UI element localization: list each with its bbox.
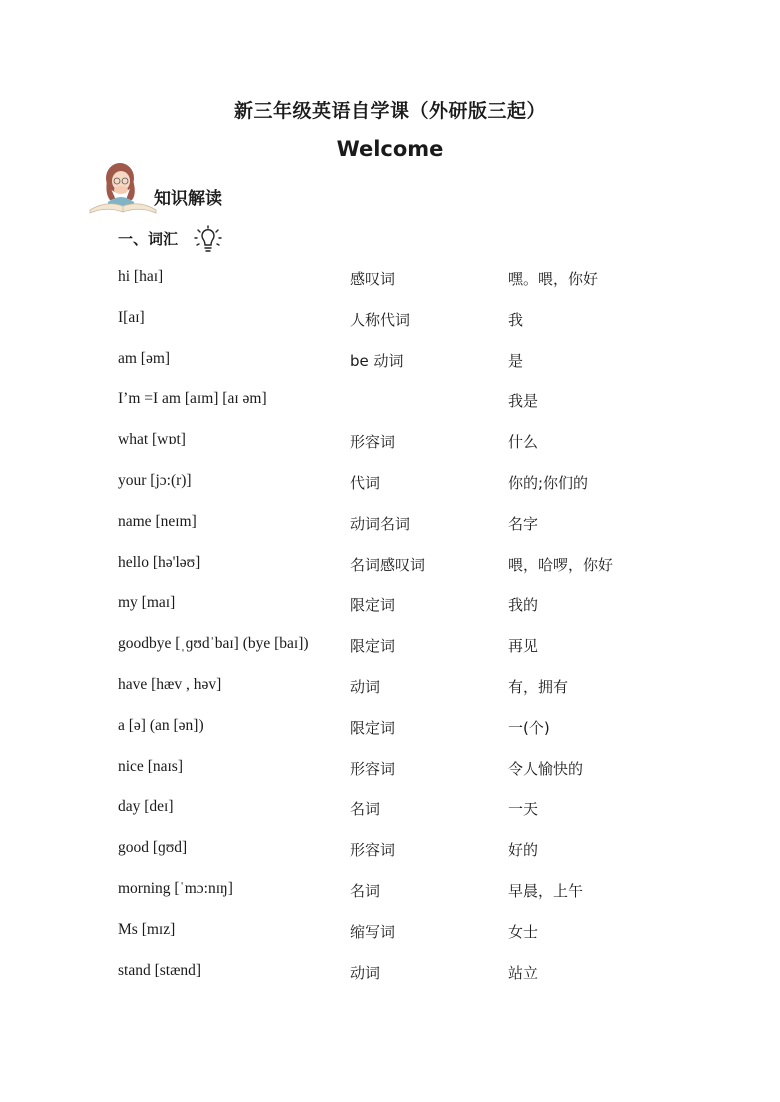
part-of-speech: 名词: [350, 798, 380, 819]
document-title: 新三年级英语自学课（外研版三起）: [0, 96, 780, 123]
part-of-speech: 限定词: [350, 717, 395, 738]
part-of-speech: 人称代词: [350, 309, 410, 330]
chinese-meaning: 站立: [508, 962, 538, 983]
chinese-meaning: 名字: [508, 513, 538, 534]
vocabulary-word: morning [ˈmɔ:nɪŋ]: [118, 880, 233, 898]
vocabulary-word: name [neɪm]: [118, 513, 197, 531]
part-of-speech: 代词: [350, 472, 380, 493]
chinese-meaning: 我的: [508, 594, 538, 615]
part-of-speech: be 动词: [350, 350, 404, 371]
part-of-speech: 动词: [350, 962, 380, 983]
chinese-meaning: 我: [508, 309, 523, 330]
vocabulary-row: goodbye [ˌɡʊdˈbaɪ] (bye [baɪ])限定词再见: [118, 629, 718, 670]
section-header: 知识解读: [88, 160, 288, 216]
part-of-speech: 缩写词: [350, 921, 395, 942]
vocabulary-row: I’m =I am [aɪm] [aɪ əm]我是: [118, 384, 718, 425]
vocabulary-row: name [neɪm]动词名词名字: [118, 507, 718, 548]
chinese-meaning: 喂，哈啰，你好: [508, 554, 613, 575]
part-of-speech: 动词: [350, 676, 380, 697]
document-subtitle: Welcome: [0, 137, 780, 161]
vocabulary-row: good [ɡʊd]形容词好的: [118, 833, 718, 874]
chinese-meaning: 什么: [508, 431, 538, 452]
vocabulary-word: stand [stænd]: [118, 962, 201, 980]
vocabulary-row: have [hæv , həv]动词有，拥有: [118, 670, 718, 711]
part-of-speech: 形容词: [350, 839, 395, 860]
vocabulary-word: I[aɪ]: [118, 309, 145, 327]
section-label: 知识解读: [154, 184, 222, 209]
vocabulary-word: Ms [mɪz]: [118, 921, 175, 939]
subsection-header: 一、词汇: [118, 224, 278, 254]
girl-reading-book-icon: [88, 160, 158, 216]
chinese-meaning: 我是: [508, 390, 538, 411]
vocabulary-word: my [maɪ]: [118, 594, 175, 612]
part-of-speech: 形容词: [350, 431, 395, 452]
chinese-meaning: 是: [508, 350, 523, 371]
vocabulary-list: hi [haɪ]感叹词嘿。喂，你好I[aɪ]人称代词我am [əm]be 动词是…: [118, 262, 718, 996]
vocabulary-word: have [hæv , həv]: [118, 676, 221, 694]
vocabulary-row: what [wɒt]形容词什么: [118, 425, 718, 466]
vocabulary-row: morning [ˈmɔ:nɪŋ]名词早晨，上午: [118, 874, 718, 915]
vocabulary-word: day [deɪ]: [118, 798, 174, 816]
vocabulary-row: day [deɪ]名词一天: [118, 792, 718, 833]
chinese-meaning: 嘿。喂，你好: [508, 268, 598, 289]
chinese-meaning: 令人愉快的: [508, 758, 583, 779]
vocabulary-word: am [əm]: [118, 350, 170, 368]
vocabulary-row: hi [haɪ]感叹词嘿。喂，你好: [118, 262, 718, 303]
vocabulary-word: nice [naɪs]: [118, 758, 183, 776]
vocabulary-word: hi [haɪ]: [118, 268, 163, 286]
part-of-speech: 名词: [350, 880, 380, 901]
vocabulary-row: my [maɪ]限定词我的: [118, 588, 718, 629]
part-of-speech: 限定词: [350, 635, 395, 656]
vocabulary-word: goodbye [ˌɡʊdˈbaɪ] (bye [baɪ]): [118, 635, 309, 653]
chinese-meaning: 再见: [508, 635, 538, 656]
chinese-meaning: 女士: [508, 921, 538, 942]
vocabulary-word: good [ɡʊd]: [118, 839, 187, 857]
vocabulary-word: your [jɔ:(r)]: [118, 472, 192, 490]
vocabulary-row: I[aɪ]人称代词我: [118, 303, 718, 344]
vocabulary-row: am [əm]be 动词是: [118, 344, 718, 385]
part-of-speech: 名词感叹词: [350, 554, 425, 575]
vocabulary-word: a [ə] (an [ən]): [118, 717, 204, 735]
chinese-meaning: 好的: [508, 839, 538, 860]
part-of-speech: 限定词: [350, 594, 395, 615]
vocabulary-row: Ms [mɪz]缩写词女士: [118, 915, 718, 956]
vocabulary-word: what [wɒt]: [118, 431, 186, 449]
chinese-meaning: 有，拥有: [508, 676, 568, 697]
vocabulary-row: nice [naɪs]形容词令人愉快的: [118, 752, 718, 793]
vocabulary-row: stand [stænd]动词站立: [118, 956, 718, 997]
vocabulary-word: I’m =I am [aɪm] [aɪ əm]: [118, 390, 267, 408]
vocabulary-word: hello [hə'ləʊ]: [118, 554, 200, 572]
vocabulary-row: your [jɔ:(r)]代词你的;你们的: [118, 466, 718, 507]
part-of-speech: 感叹词: [350, 268, 395, 289]
chinese-meaning: 你的;你们的: [508, 472, 588, 493]
chinese-meaning: 一(个): [508, 717, 550, 738]
part-of-speech: 形容词: [350, 758, 395, 779]
subsection-label: 一、词汇: [118, 228, 178, 249]
part-of-speech: 动词名词: [350, 513, 410, 534]
chinese-meaning: 一天: [508, 798, 538, 819]
vocabulary-row: hello [hə'ləʊ]名词感叹词喂，哈啰，你好: [118, 548, 718, 589]
vocabulary-row: a [ə] (an [ən])限定词一(个): [118, 711, 718, 752]
lightbulb-icon: [194, 224, 222, 254]
chinese-meaning: 早晨，上午: [508, 880, 583, 901]
